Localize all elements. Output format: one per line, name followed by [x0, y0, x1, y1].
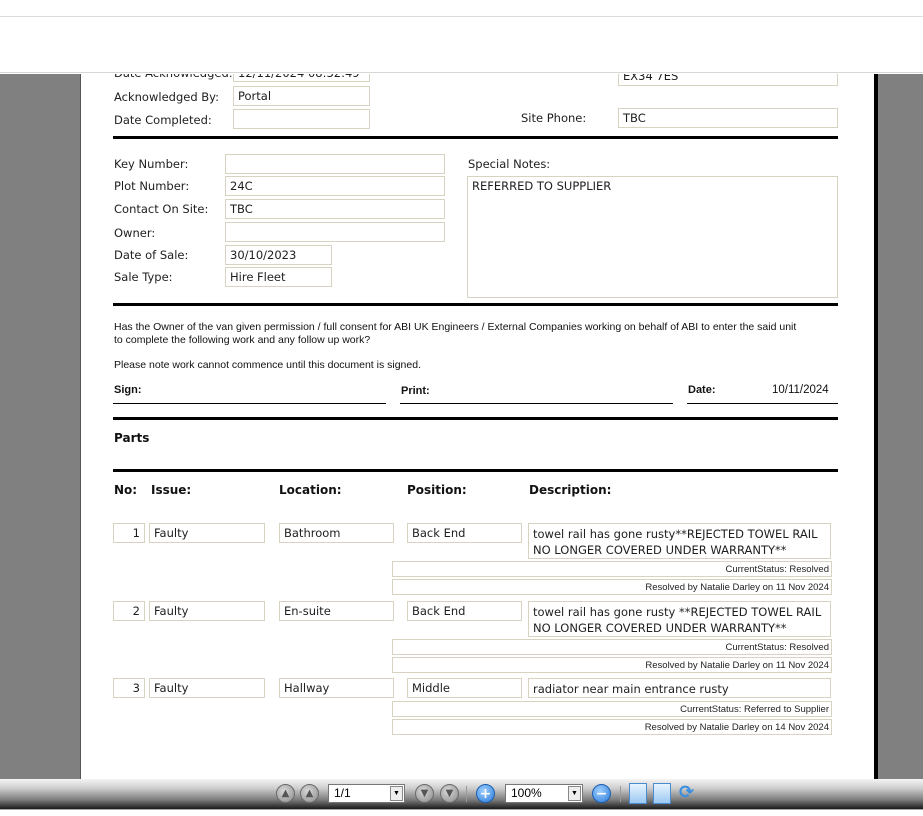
row-issue: Faulty: [149, 678, 265, 698]
date-acknowledged-label: Date Acknowledged:: [114, 74, 233, 80]
row-number: 1: [113, 523, 145, 543]
zoom-in-icon[interactable]: +: [476, 784, 495, 803]
row-status: CurrentStatus: Resolved: [392, 561, 832, 577]
date-value: 10/11/2024: [772, 384, 829, 396]
date-completed-field: [233, 109, 370, 129]
consent-question-line1: Has the Owner of the van given permissio…: [114, 321, 796, 333]
owner-field: [225, 222, 445, 242]
row-description: towel rail has gone rusty **REJECTED TOW…: [528, 601, 831, 637]
page-number-value: 1/1: [334, 786, 351, 800]
contact-on-site-label: Contact On Site:: [114, 202, 208, 216]
date-acknowledged-field: 12/11/2024 08:32:49: [233, 74, 370, 82]
site-phone-field: TBC: [618, 108, 838, 128]
acknowledged-by-field: Portal: [233, 86, 370, 106]
key-number-label: Key Number:: [114, 157, 188, 171]
special-notes-label: Special Notes:: [468, 157, 550, 171]
sign-line: [113, 403, 386, 404]
fit-width-icon[interactable]: [629, 783, 647, 804]
chevron-down-icon[interactable]: ▼: [568, 786, 581, 801]
viewer-header: [0, 17, 923, 73]
plot-number-field: 24C: [225, 176, 445, 196]
print-line: [400, 403, 673, 404]
page-number-select[interactable]: 1/1 ▼: [328, 784, 405, 803]
row-description: radiator near main entrance rusty: [528, 678, 831, 698]
pdf-viewer[interactable]: Date Acknowledged: 12/11/2024 08:32:49 E…: [0, 74, 923, 779]
plot-number-label: Plot Number:: [114, 179, 189, 193]
date-line: [687, 403, 838, 404]
section-divider: [113, 303, 838, 306]
row-location: Hallway: [279, 678, 394, 698]
window-bottom-edge: [0, 809, 923, 816]
date-completed-label: Date Completed:: [114, 113, 212, 127]
toolbar-separator: [620, 786, 621, 802]
key-number-field: [225, 154, 445, 174]
column-location: Location:: [279, 483, 342, 497]
zoom-out-icon[interactable]: −: [592, 784, 611, 803]
toolbar-separator: [466, 786, 467, 802]
row-location: Bathroom: [279, 523, 394, 543]
column-no: No:: [114, 483, 137, 497]
prev-page-icon[interactable]: ▲: [300, 784, 319, 803]
last-page-icon[interactable]: ▼: [440, 784, 459, 803]
row-resolved: Resolved by Natalie Darley on 11 Nov 202…: [392, 579, 832, 595]
row-location: En-suite: [279, 601, 394, 621]
row-issue: Faulty: [149, 523, 265, 543]
section-divider: [113, 469, 838, 472]
section-divider: [113, 417, 838, 420]
postcode-field: EX34 7ES: [618, 74, 838, 86]
sale-type-field: Hire Fleet: [225, 267, 332, 287]
first-page-icon[interactable]: ▲: [276, 784, 295, 803]
row-issue: Faulty: [149, 601, 265, 621]
acknowledged-by-label: Acknowledged By:: [114, 90, 219, 104]
column-issue: Issue:: [151, 483, 191, 497]
parts-title: Parts: [114, 431, 149, 445]
pdf-page: Date Acknowledged: 12/11/2024 08:32:49 E…: [80, 74, 875, 779]
row-resolved: Resolved by Natalie Darley on 14 Nov 202…: [392, 719, 832, 735]
row-position: Back End: [407, 601, 522, 621]
row-status: CurrentStatus: Referred to Supplier: [392, 701, 832, 717]
consent-note: Please note work cannot commence until t…: [114, 359, 421, 371]
sale-type-label: Sale Type:: [114, 270, 173, 284]
print-label: Print:: [401, 385, 430, 397]
row-number: 2: [113, 601, 145, 621]
contact-on-site-field: TBC: [225, 199, 445, 219]
fit-page-icon[interactable]: [653, 783, 671, 804]
row-resolved: Resolved by Natalie Darley on 11 Nov 202…: [392, 657, 832, 673]
browser-top-bar: [0, 0, 923, 17]
site-phone-label: Site Phone:: [521, 111, 586, 125]
chevron-down-icon[interactable]: ▼: [390, 786, 403, 801]
date-of-sale-field: 30/10/2023: [225, 245, 332, 265]
row-position: Middle: [407, 678, 522, 698]
rotate-icon[interactable]: ⟳: [679, 782, 694, 803]
date-label: Date:: [688, 384, 716, 396]
special-notes-field: REFERRED TO SUPPLIER: [467, 176, 838, 298]
next-page-icon[interactable]: ▼: [415, 784, 434, 803]
row-description: towel rail has gone rusty**REJECTED TOWE…: [528, 523, 831, 559]
column-position: Position:: [407, 483, 467, 497]
owner-label: Owner:: [114, 226, 155, 240]
row-number: 3: [113, 678, 145, 698]
pdf-toolbar: ▲ ▲ 1/1 ▼ ▼ ▼ + 100% ▼ − ⟳: [0, 779, 923, 809]
zoom-level-select[interactable]: 100% ▼: [505, 784, 583, 803]
column-description: Description:: [529, 483, 611, 497]
row-status: CurrentStatus: Resolved: [392, 639, 832, 655]
sign-label: Sign:: [114, 384, 142, 396]
consent-question-line2: to complete the following work and any f…: [114, 334, 370, 346]
section-divider: [113, 136, 838, 139]
page-edge-shadow: [874, 74, 878, 779]
zoom-level-value: 100%: [511, 786, 542, 800]
date-of-sale-label: Date of Sale:: [114, 248, 188, 262]
row-position: Back End: [407, 523, 522, 543]
